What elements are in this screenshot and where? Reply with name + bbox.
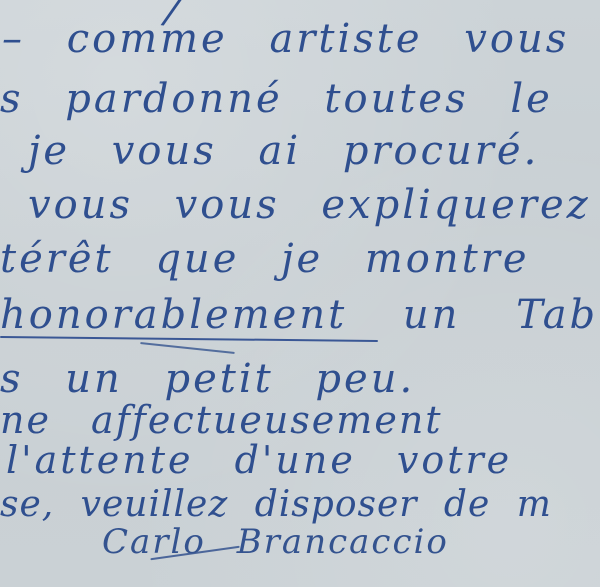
letter-paper: / – comme artiste vous s pardonné toutes… [0, 0, 600, 587]
letter-line-3: je vous ai procuré. [28, 128, 539, 174]
letter-line-4: vous vous expliquerez [28, 182, 591, 228]
letter-line-7: s un petit peu. [0, 356, 415, 402]
letter-line-5: térêt que je montre [0, 236, 530, 282]
pen-flourish [140, 342, 235, 353]
letter-line-8: ne affectueusement [0, 398, 443, 442]
signature: Carlo Brancaccio [102, 522, 449, 562]
letter-line-2: s pardonné toutes le [0, 76, 553, 122]
letter-line-6: honorablement un Tab [0, 292, 598, 338]
letter-line-10: se, veuillez disposer de m [0, 484, 552, 525]
letter-line-1: – comme artiste vous [2, 16, 569, 62]
letter-line-9: l'attente d'une votre [6, 438, 512, 482]
